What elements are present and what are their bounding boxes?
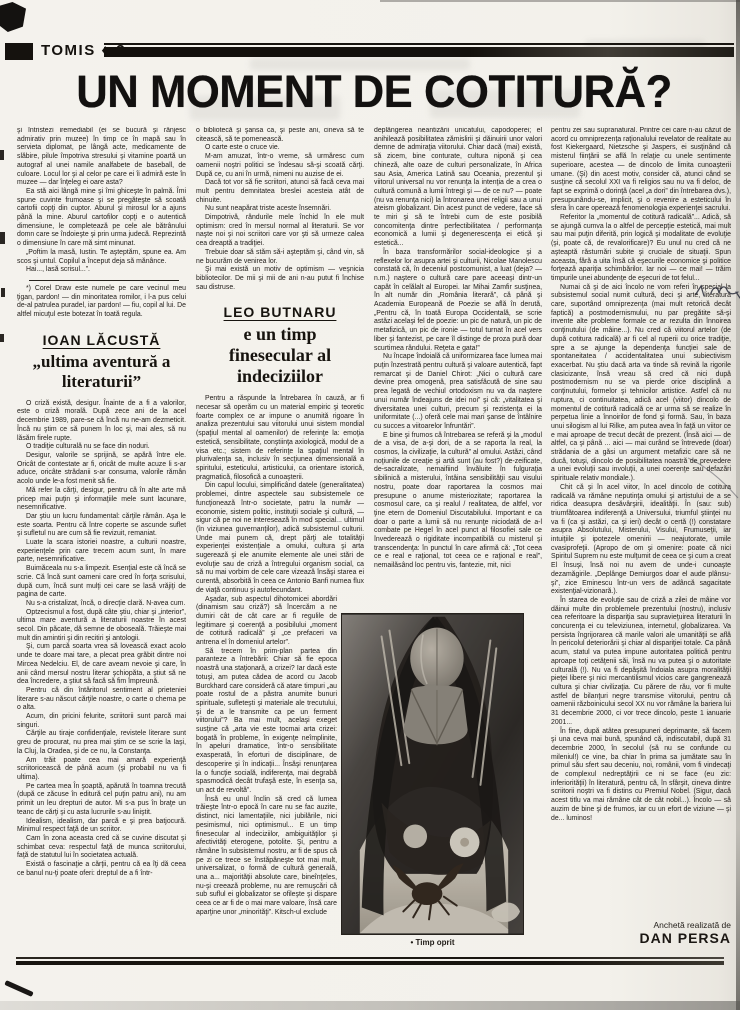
body-paragraph: Aşadar, sub aspectul dihotomicei abordăr… [196, 596, 337, 648]
body-paragraph: Luate la scara istoriei noastre, a cultu… [17, 539, 186, 565]
article-title-1: „ultima aventură a literaturii” [21, 352, 182, 392]
pen-annotation [692, 278, 740, 306]
scan-artifact [4, 980, 33, 997]
body-paragraph: o bibliotecă şi şansa ca, şi peste ani, … [196, 127, 364, 144]
body-paragraph: Să trecem în prim-plan partea din parant… [196, 648, 337, 796]
body-paragraph: O carte este o cruce vie. [196, 144, 364, 153]
body-paragraph: Ea stă aici lângă mine şi îmi ghiceşte î… [17, 188, 186, 249]
body-paragraph: Nu sunt neapărat triste aceste însemnări… [196, 205, 364, 214]
body-paragraph: Dar ştiu un lucru fundamental: cărţile r… [17, 513, 186, 539]
column-4: pentru zei sau supranatural. Printre cei… [551, 127, 731, 907]
masthead-block [5, 43, 33, 60]
page-headline: UN MOMENT DE COTITURĂ? [38, 68, 709, 116]
credit-line: Anchetă realizată de [640, 920, 731, 930]
body-paragraph: E bine şi frumos că întrebarea se referă… [374, 432, 542, 571]
body-paragraph: În starea de evoluţie sau de criză a zil… [551, 597, 731, 728]
bottom-rule [16, 957, 724, 965]
body-paragraph: Şi, cum parcă soarta vrea să lovească ex… [17, 643, 186, 687]
column-2: o bibliotecă şi şansa ca, şi peste ani, … [196, 127, 364, 960]
body-paragraph: Buimăceala nu s-a limpezit. Esenţial est… [17, 565, 186, 600]
masthead-rule [104, 43, 734, 61]
body-paragraph: Trebuie doar să stăm să-i aşteptăm şi, c… [196, 249, 364, 266]
scan-artifact [0, 2, 26, 32]
body-paragraph: Din capul locului, simplificând datele (… [196, 482, 364, 595]
body-paragraph: Acum, din pricini felurite, scriitorii s… [17, 713, 186, 730]
body-paragraph: În fine, după atâtea presupuneri deprima… [551, 728, 731, 824]
scan-artifact [736, 0, 740, 1010]
body-paragraph: Mă refer la cărţi, desigur, pentru că în… [17, 487, 186, 513]
article-credit: Anchetă realizată de DAN PERSA [640, 920, 731, 946]
body-paragraph: şi întristezi iremediabil (ei se bucură … [17, 127, 186, 188]
body-paragraph: Există o fascinaţie a cărţii, pentru că … [17, 861, 186, 878]
body-paragraph: Şi mai există un motiv de optimism — veş… [196, 266, 364, 292]
body-paragraph: O criză există, desigur. Înainte de a fi… [17, 400, 186, 444]
artwork-figure: • Timp oprit [341, 613, 524, 947]
body-paragraph: pentru zei sau supranatural. Printre cei… [551, 127, 731, 214]
scan-artifact [380, 0, 740, 2]
body-paragraph: Referitor la „momentul de cotitură radic… [551, 214, 731, 284]
scan-artifact [1, 288, 5, 297]
article-title-2: e un timp finesecular al indeciziilor [200, 324, 360, 387]
body-paragraph: Hai..., lasă scrisul...”. [17, 266, 186, 275]
scan-artifact [0, 334, 4, 342]
body-paragraph: Dimpotrivă, rândurile mele închid în ele… [196, 214, 364, 249]
body-paragraph: deplângerea neantizării unicatului, capo… [374, 127, 542, 249]
newspaper-page: TOMIS ♦ 3 UN MOMENT DE COTITURĂ? şi într… [0, 0, 740, 1010]
body-paragraph: Desigur, valorile se sprijină, se apără … [17, 452, 186, 487]
body-paragraph: Optzecismul a fost, după câte ştiu, chia… [17, 609, 186, 644]
scan-artifact [0, 232, 5, 244]
body-paragraph: Cam în zona aceasta cred că se cuvine di… [17, 835, 186, 861]
body-paragraph: Am trăit poate cea mai amară experienţă … [17, 757, 186, 783]
credit-name: DAN PERSA [640, 930, 731, 946]
body-paragraph: În baza transformărilor social-ideologic… [374, 249, 542, 353]
body-paragraph: Dacă tot vor să fie scriitori, atunci să… [196, 179, 364, 205]
body-paragraph: Însă eu unul înclin să cred că lumea tră… [196, 796, 337, 918]
body-paragraph: M-am amuzat, într-o vreme, să urmăresc c… [196, 153, 364, 179]
author-heading-leo-butnaru: LEO BUTNARU [196, 304, 364, 320]
body-paragraph: O tradiţie culturală nu se face din nodu… [17, 443, 186, 452]
footnote: *) Corel Draw este numele pe care vecinu… [17, 285, 186, 320]
figure-caption: • Timp oprit [341, 938, 524, 947]
body-paragraph: Nu s-a cristalizat, încă, o direcţie cla… [17, 600, 186, 609]
body-paragraph: „Poftim la masă, Iustin. Te aşteptăm, sp… [17, 249, 186, 266]
scan-artifact [0, 1001, 740, 1010]
artwork-image [341, 613, 524, 935]
body-paragraph: Idealism, idealism, dar parcă e şi prea … [17, 818, 186, 835]
column-1: şi întristezi iremediabil (ei se bucură … [17, 127, 186, 960]
body-paragraph: Pentru că din întăritorul sentiment al p… [17, 687, 186, 713]
footnote-rule [29, 280, 179, 281]
column-3: deplângerea neantizării unicatului, capo… [374, 127, 542, 614]
body-paragraph: Pentru a răspunde la întrebarea în cauză… [196, 395, 364, 482]
author-heading-ioan-lacusta: IOAN LĂCUSTĂ [17, 332, 186, 348]
column-2-narrow-section: Aşadar, sub aspectul dihotomicei abordăr… [196, 596, 337, 918]
body-paragraph: Pe cartea mea În şoaptă, apărută în toam… [17, 783, 186, 818]
body-paragraph: Nu încape îndoială că uniformizarea face… [374, 353, 542, 431]
body-paragraph: Cărţile au tiraje confidenţiale, reviste… [17, 730, 186, 756]
scan-artifact [0, 150, 4, 160]
pen-annotation [686, 450, 740, 502]
